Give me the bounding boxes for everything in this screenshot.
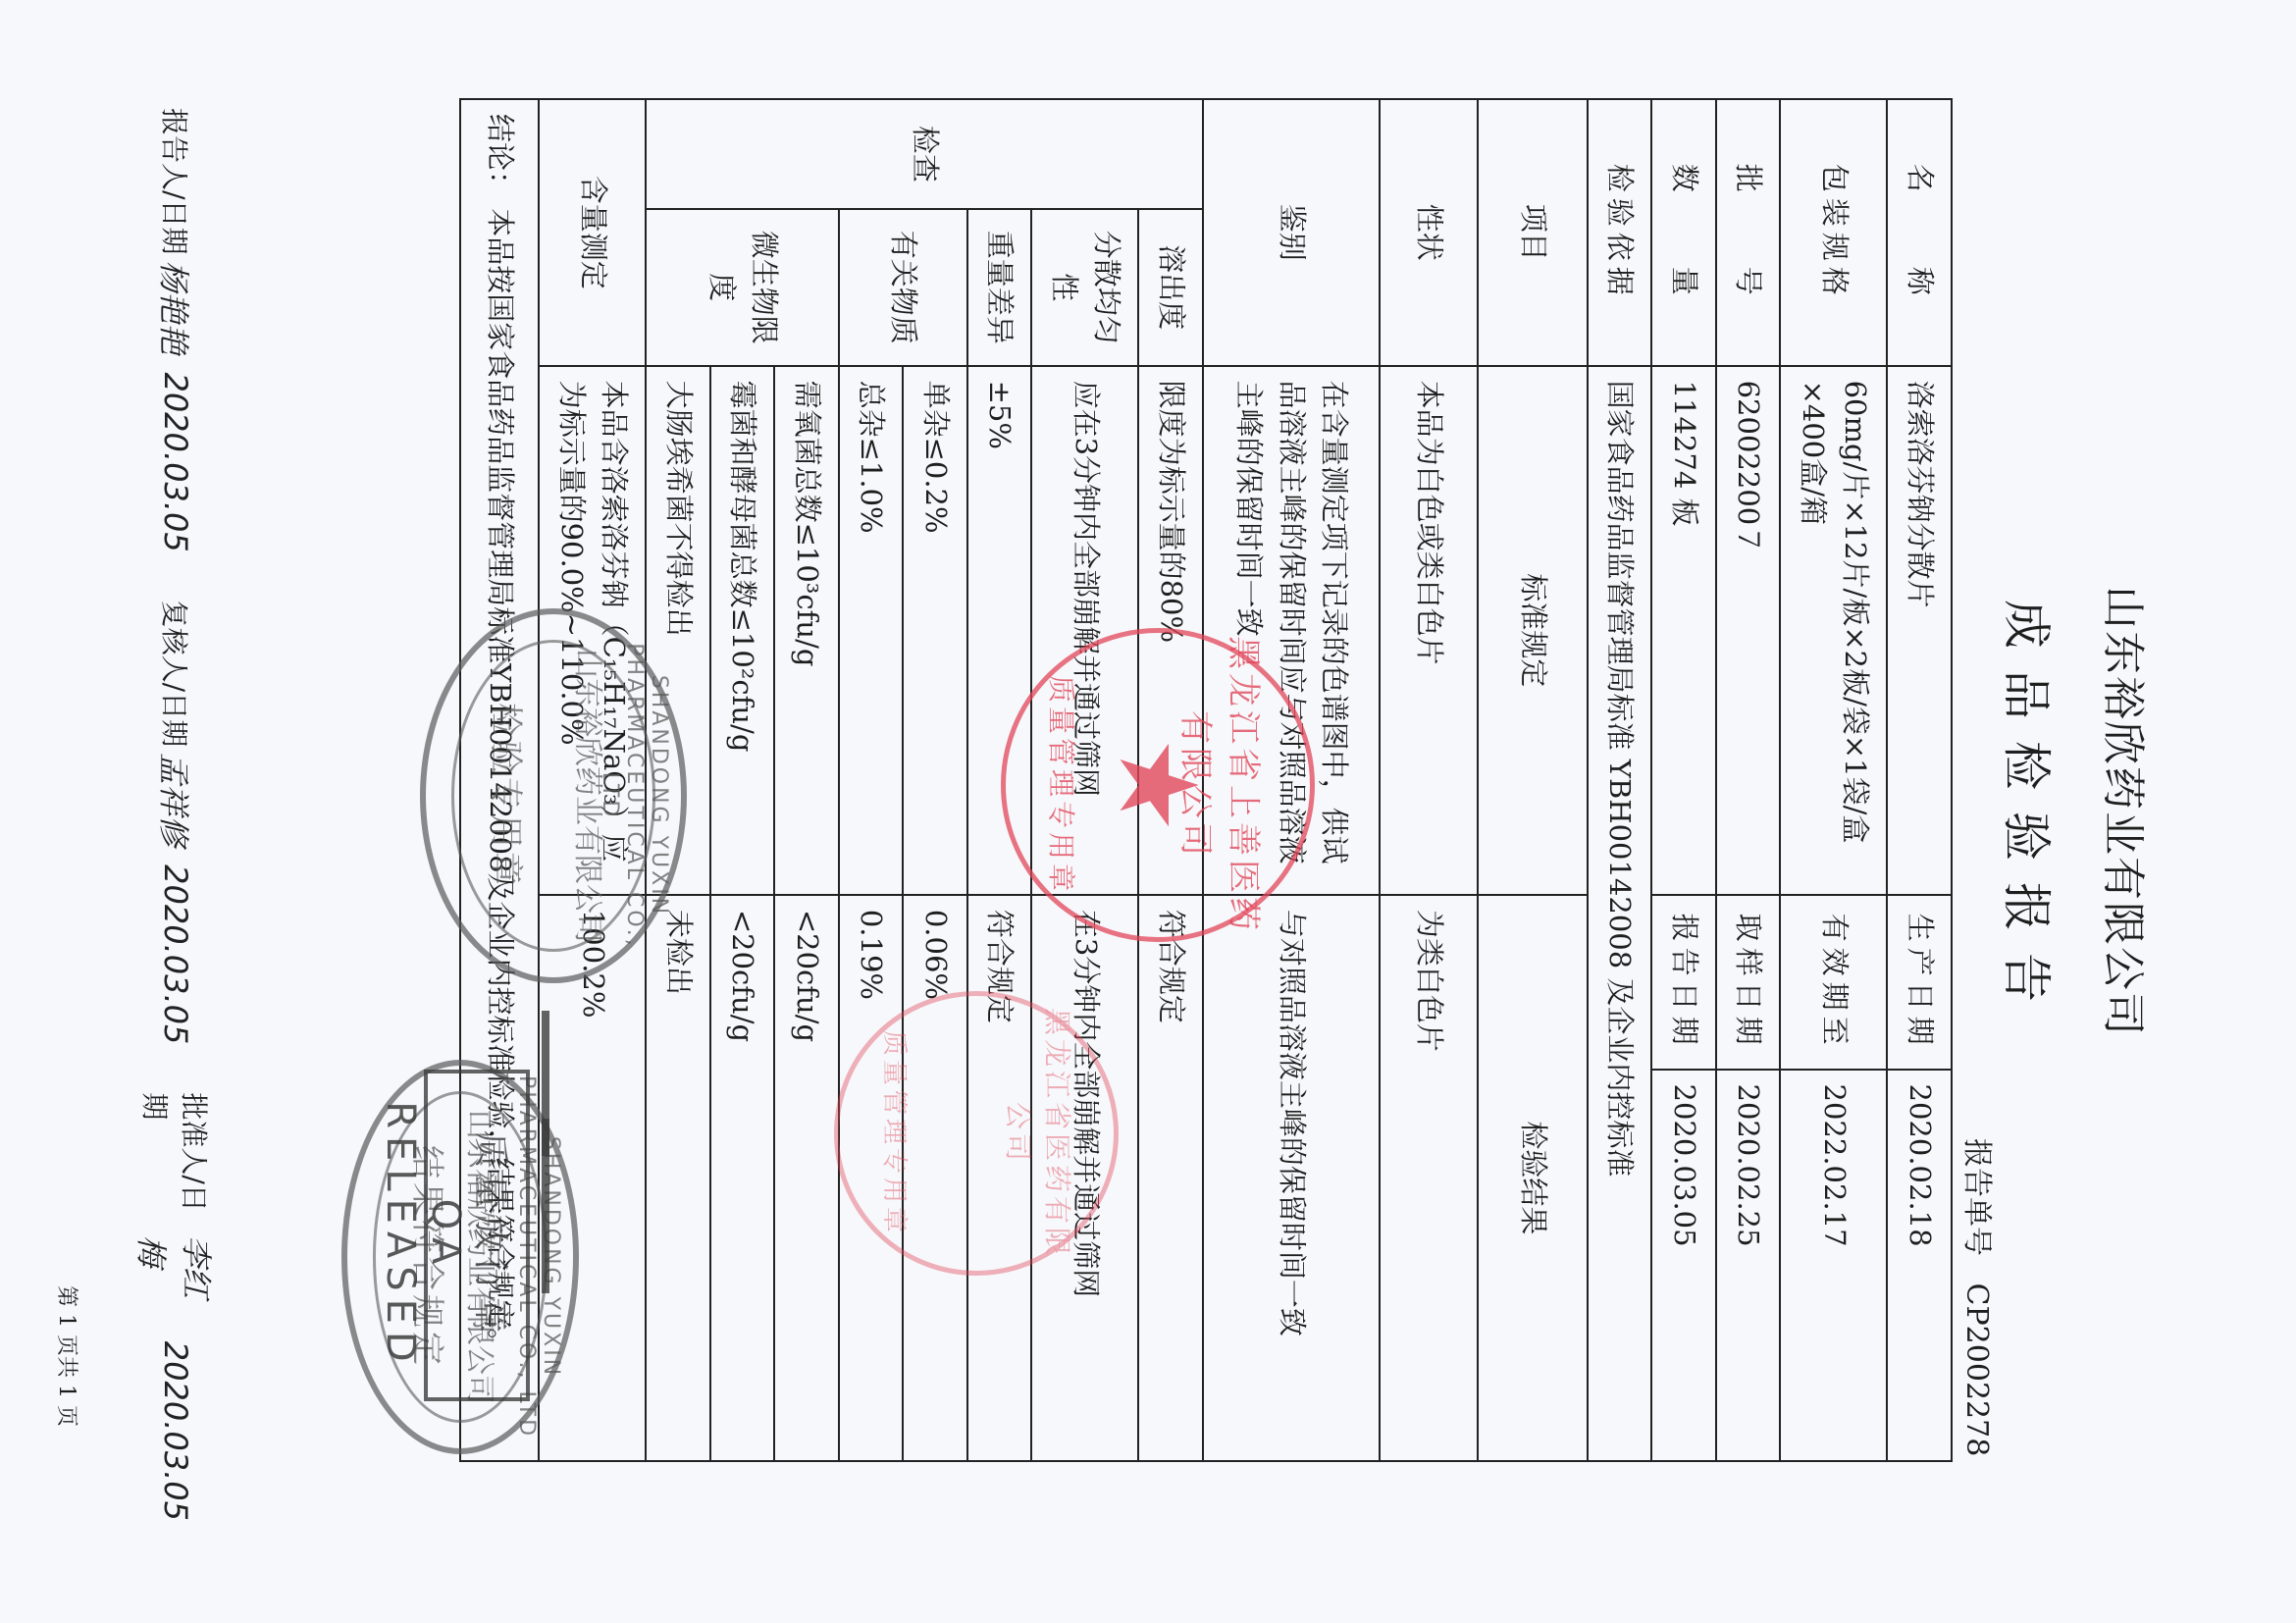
related-single-standard: 单杂≤0.2%	[904, 366, 968, 895]
appearance-result: 为类白色片	[1380, 895, 1478, 1461]
batch-number: 62002200７	[1716, 366, 1781, 895]
microbial-ecoli-result: 未检出	[647, 895, 711, 1461]
dissolution-result: 符合规定	[1139, 895, 1204, 1461]
star-icon: ★	[1095, 737, 1221, 834]
qa-released-en: QA RELEASED	[378, 1073, 468, 1397]
quantity-label: 数 量	[1652, 99, 1717, 366]
appearance-standard: 本品为白色或类白色片	[1380, 366, 1478, 895]
standard-header: 标准规定	[1478, 366, 1588, 895]
report-title: 成品检验报告	[1995, 0, 2065, 1623]
red-quality-stamp-2: 黑龙江省医药有限公司 质量管理专用章	[834, 991, 1119, 1276]
report-date-label: 报告日期	[1652, 895, 1717, 1070]
approver-signature: 批准人/日期 李红梅 2020.03.05	[130, 1092, 221, 1521]
row-appearance: 性状 本品为白色或类白色片 为类白色片	[1380, 99, 1478, 1461]
microbial-mold-standard: 霉菌和酵母菌总数≤10²cfu/g	[710, 366, 775, 895]
results-header-row: 项目 标准规定 检验结果	[1478, 99, 1588, 1461]
result-header: 检验结果	[1478, 895, 1588, 1461]
red-stamp2-top-text: 黑龙江省医药有限公司	[1000, 996, 1078, 1271]
reviewer-date: 2020.03.05	[157, 864, 194, 1044]
microbial-item: 微生物限度	[647, 209, 840, 366]
batch-label: 批 号	[1716, 99, 1781, 366]
identification-result: 与对照品溶液主峰的保留时间一致	[1203, 895, 1380, 1461]
production-date-label: 生产日期	[1888, 895, 1953, 1070]
sampling-date-label: 取样日期	[1716, 895, 1781, 1070]
sampling-date: 2020.02.25	[1716, 1070, 1781, 1461]
inspection-basis: 国家食品药品监督管理局标准 YBH00142008 及企业内控标准	[1588, 366, 1652, 1461]
quantity: 114274 板	[1652, 366, 1717, 895]
basis-label: 检验依据	[1588, 99, 1652, 366]
assay-item: 含量测定	[540, 99, 647, 366]
qa-released-cn: 质量放行章	[468, 1073, 526, 1397]
inspection-seal-use: 检验专用章	[485, 614, 533, 977]
inspection-seal-cn: 山东裕欣药业有限公司	[569, 614, 612, 977]
row-microbial-aerobic: 微生物限度 需氧菌总数≤10³cfu/g <20cfu/g	[775, 99, 840, 1461]
production-date: 2020.02.18	[1888, 1070, 1953, 1461]
report-number-label: 报告单号	[1959, 1138, 1994, 1256]
red-stamp-bottom-text: 质量管理专用章	[1043, 633, 1082, 937]
package-label: 包装规格	[1781, 99, 1888, 366]
conclusion-label: 结论：	[484, 114, 517, 199]
product-name: 洛索洛芬钠分散片	[1888, 366, 1953, 895]
approver-date: 2020.03.05	[157, 1341, 194, 1521]
expiry-label: 有效期至	[1781, 895, 1888, 1070]
reviewer-sign: 孟祥修	[153, 753, 198, 847]
info-row-basis: 检验依据 国家食品药品监督管理局标准 YBH00142008 及企业内控标准	[1588, 99, 1652, 1461]
company-name: 山东裕欣药业有限公司	[2096, 0, 2159, 1623]
signature-line: 报告人/日期 杨艳艳 2020.03.05 复核人/日期 孟祥修 2020.03…	[130, 108, 221, 1521]
inspection-seal: SHANDONG YUXIN PHARMACEUTICAL CO., LTD 山…	[420, 608, 687, 983]
package-spec: 60mg/片×12片/板×2板/袋×1袋/盒×400盒/箱	[1781, 366, 1888, 895]
expiry-date: 2022.02.17	[1781, 1070, 1888, 1461]
approver-sign: 李红梅	[130, 1235, 221, 1324]
microbial-aerobic-result: <20cfu/g	[775, 895, 840, 1461]
inspection-report-page: 山东裕欣药业有限公司 成品检验报告 报告单号 CP2002278 名 称 洛索洛…	[0, 0, 2296, 1623]
identification-item: 鉴别	[1203, 99, 1380, 366]
appearance-item: 性状	[1380, 99, 1478, 366]
check-group-label: 检查	[647, 99, 1204, 209]
reporter-date: 2020.03.05	[157, 372, 194, 551]
report-number: 报告单号 CP2002278	[1958, 1138, 2002, 1456]
dispersion-item: 分散均匀性	[1032, 209, 1139, 366]
report-date: 2020.03.05	[1652, 1070, 1717, 1461]
item-header: 项目	[1478, 99, 1588, 366]
red-stamp2-bottom-text: 质量管理专用章	[878, 996, 914, 1271]
reviewer-signature: 复核人/日期 孟祥修 2020.03.05	[130, 601, 221, 1093]
reviewer-label: 复核人/日期	[156, 601, 195, 747]
page-number: 第 1 页共 1 页	[53, 1285, 83, 1427]
info-row-batch: 批 号 62002200７ 取样日期 2020.02.25	[1716, 99, 1781, 1461]
reporter-sign: 杨艳艳	[153, 260, 198, 354]
report-number-value: CP2002278	[1959, 1283, 1994, 1457]
reporter-signature: 报告人/日期 杨艳艳 2020.03.05	[130, 108, 221, 601]
weight-variation-item: 重量差异	[967, 209, 1032, 366]
info-row-name: 名 称 洛索洛芬钠分散片 生产日期 2020.02.18	[1888, 99, 1953, 1461]
related-total-standard: 总杂≤1.0%	[839, 366, 904, 895]
microbial-aerobic-standard: 需氧菌总数≤10³cfu/g	[775, 366, 840, 895]
approver-label: 批准人/日期	[136, 1092, 215, 1230]
related-substances-item: 有关物质	[839, 209, 967, 366]
dissolution-item: 溶出度	[1139, 209, 1204, 366]
name-label: 名 称	[1888, 99, 1953, 366]
info-row-package: 包装规格 60mg/片×12片/板×2板/袋×1袋/盒×400盒/箱 有效期至 …	[1781, 99, 1888, 1461]
microbial-mold-result: <20cfu/g	[710, 895, 775, 1461]
reporter-label: 报告人/日期	[156, 108, 195, 254]
red-quality-stamp: 黑龙江省上善医药有限公司 ★ 质量管理专用章	[1001, 628, 1315, 942]
info-row-quantity: 数 量 114274 板 报告日期 2020.03.05	[1652, 99, 1717, 1461]
qa-released-stamp: 质量放行章 QA RELEASED	[424, 1070, 530, 1401]
